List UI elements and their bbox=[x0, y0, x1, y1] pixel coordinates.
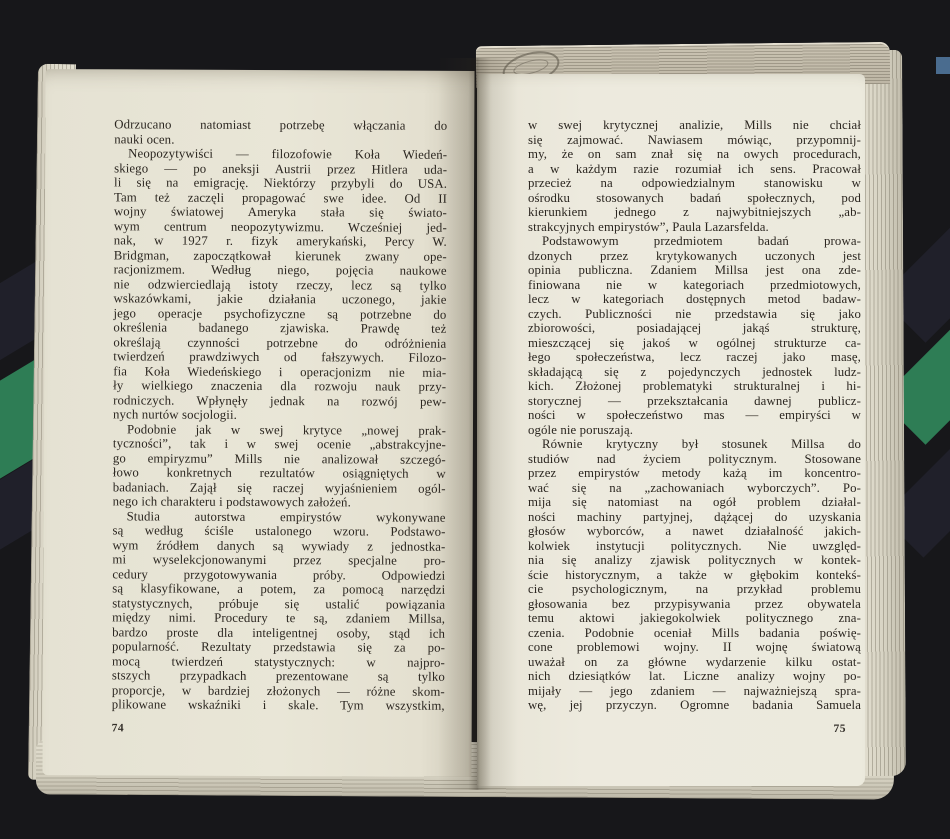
text-line: kich. Złożonej problematyki strukturalne… bbox=[528, 379, 861, 394]
text-line: bardzo proste dla inteligentnej osoby, s… bbox=[112, 625, 445, 641]
text-line: nauki ocen. bbox=[114, 132, 447, 148]
book-page-left: Odrzucano natomiast potrzebę włączania d… bbox=[42, 69, 474, 777]
text-line: wojny światowej Ameryka stała się świato… bbox=[114, 204, 447, 220]
text-line: uważał on za główne wydarzenie kilku ost… bbox=[528, 655, 861, 670]
text-line: opinia publiczna. Zdaniem Millsa jest on… bbox=[528, 263, 861, 278]
page-text-right: w swej krytycznej analizie, Mills nie ch… bbox=[528, 118, 861, 713]
text-line: głosów wyborców, a nawet działalność jak… bbox=[528, 524, 861, 539]
text-line: ności machiny partyjnej, dążącej do uzys… bbox=[528, 510, 861, 525]
text-line: między nimi. Procedury te są, zdaniem Mi… bbox=[112, 610, 445, 626]
text-line: temu aktowi jakiegokolwiek politycznego … bbox=[528, 611, 861, 626]
text-line: mieszczącej się jakoś w ogólnej struktur… bbox=[528, 336, 861, 351]
text-line: strakcyjnych empirystów”, Paula Lazarsfe… bbox=[528, 220, 861, 235]
text-line: storycznej — przekształcania dawnej publ… bbox=[528, 394, 861, 409]
text-line: statystycznych, próbuje się ustalić powi… bbox=[112, 596, 445, 612]
text-line: mocą twierdzeń statystycznych: w najpro- bbox=[112, 654, 445, 670]
text-line: przecież na odpowiedzialnym stanowisku w bbox=[528, 176, 861, 191]
text-line: lecz w kategoriach dostępnych metod bada… bbox=[528, 292, 861, 307]
page-number-left: 74 bbox=[112, 722, 125, 734]
text-line: mi wyselekcjonowanymi przez specjalne pr… bbox=[112, 552, 445, 568]
text-line: Podobnie jak w swej krytyce „nowej prak- bbox=[113, 422, 446, 438]
text-line: czenia. Podobnie oceniał Mills badania p… bbox=[528, 626, 861, 641]
text-line: nych nurtów socjologii. bbox=[113, 407, 446, 423]
text-line: Podstawowym przedmiotem badań prowa- bbox=[528, 234, 861, 249]
text-line: cedury przygotowywania próby. Odpowiedzi bbox=[112, 567, 445, 583]
text-line: Równie krytyczny był stosunek Millsa do bbox=[528, 437, 861, 452]
paragraph: Podobnie jak w swej krytyce „nowej prak-… bbox=[113, 422, 446, 510]
text-line: plikowane wskaźniki i skale. Tym wszystk… bbox=[112, 697, 445, 713]
text-line: Bridgman, zapoczątkował kierunek zwany o… bbox=[114, 248, 447, 264]
text-line: kolwiek instytucji politycznych. Nie uwz… bbox=[528, 539, 861, 554]
paragraph: Odrzucano natomiast potrzebę włączania d… bbox=[114, 117, 447, 147]
text-line: są klasyfikowane, a potem, za pomocą nar… bbox=[112, 581, 445, 597]
text-line: Neopozytywiści — filozofowie Koła Wiedeń… bbox=[114, 146, 447, 162]
text-line: wać się na „zachowaniach wyborczych”. Po… bbox=[528, 481, 861, 496]
text-line: nich dziesiątków lat. Liczne analizy woj… bbox=[528, 669, 861, 684]
text-line: kierunkiem jednego z najwybitniejszych „… bbox=[528, 205, 861, 220]
text-line: Odrzucano natomiast potrzebę włączania d… bbox=[114, 117, 447, 133]
text-line: ośrodku stosowanych badań społecznych, p… bbox=[528, 191, 861, 206]
text-line: popularność. Rezultaty przedstawia się z… bbox=[112, 639, 445, 655]
text-line: finiowana nie w kategoriach przedmiotowy… bbox=[528, 278, 861, 293]
paragraph: Neopozytywiści — filozofowie Koła Wiedeń… bbox=[113, 146, 447, 423]
text-line: badaniach. Zajął się raczej wyjaśnieniem… bbox=[113, 480, 446, 496]
text-line: ogóle nie poruszają. bbox=[528, 423, 861, 438]
text-line: rodniczych. Wpłynęły jednak na rozwój pe… bbox=[113, 393, 446, 409]
text-line: przez empirystów metody każą im koncentr… bbox=[528, 466, 861, 481]
text-line: określenia badanego zjawiska. Prawdę też bbox=[113, 320, 446, 336]
text-line: dzonych przez krytykowanych uczonych jes… bbox=[528, 249, 861, 264]
text-line: łowo konkretnych rezultatów osiągniętych… bbox=[113, 465, 446, 481]
text-line: mijały — jego zdaniem — najważniejszą sp… bbox=[528, 684, 861, 699]
text-line: cone problemowi wojny. II wojnę światową bbox=[528, 640, 861, 655]
book-photo-scene: Odrzucano natomiast potrzebę włączania d… bbox=[0, 0, 950, 839]
text-line: składającą się z pojedynczych jednostek … bbox=[528, 365, 861, 380]
paragraph: Podstawowym przedmiotem badań prowa-dzon… bbox=[528, 234, 861, 437]
text-line: nie odzwierciedlają istoty rzeczy, lecz … bbox=[114, 277, 447, 293]
text-line: ności w społeczeństwo mas — empiryści w bbox=[528, 408, 861, 423]
paragraph: Równie krytyczny był stosunek Millsa dos… bbox=[528, 437, 861, 713]
text-line: go empiryzmu” Mills nie analizował szcze… bbox=[113, 451, 446, 467]
open-book: Odrzucano natomiast potrzebę włączania d… bbox=[0, 0, 950, 839]
text-line: nak, w 1927 r. fizyk amerykański, Percy … bbox=[114, 233, 447, 249]
page-number-right: 75 bbox=[834, 723, 847, 735]
text-line: racjonizmem. Według niego, pojęcia nauko… bbox=[114, 262, 447, 278]
text-line: studiów nad życiem politycznym. Stosowan… bbox=[528, 452, 861, 467]
paragraph: Studia autorstwa empirystów wykonywanesą… bbox=[112, 509, 446, 713]
page-text-left: Odrzucano natomiast potrzebę włączania d… bbox=[112, 117, 448, 713]
text-line: li się na emigrację. Niektórzy przybyli … bbox=[114, 175, 447, 191]
text-line: nego ich charakteru i podstawowych założ… bbox=[113, 494, 446, 510]
text-line: głosowania bez przypisywania przez obywa… bbox=[528, 597, 861, 612]
text-line: a w każdym razie rozumiał ich sens. Prac… bbox=[528, 162, 861, 177]
text-line: wym źródłem danych są wywiady z jednostk… bbox=[112, 538, 445, 554]
text-line: fia Koła Wiedeńskiego i operacjonizm nie… bbox=[113, 364, 446, 380]
text-line: wskazówkami, jakie działania uczonego, j… bbox=[114, 291, 447, 307]
text-line: zbiorowości, posiadającej jakąś struktur… bbox=[528, 321, 861, 336]
text-line: wym centrum neopozytywizmu. Wcześniej je… bbox=[114, 219, 447, 235]
text-line: cie psychologicznym, na przykład problem… bbox=[528, 582, 861, 597]
text-line: wę, jej przyczyn. Ogromne badania Samuel… bbox=[528, 698, 861, 713]
text-line: łego społeczeństwa, lecz raczej jako mas… bbox=[528, 350, 861, 365]
paragraph: w swej krytycznej analizie, Mills nie ch… bbox=[528, 118, 861, 234]
text-line: jego operacje psychofizyczne są potrzebn… bbox=[113, 306, 446, 322]
text-line: Tam też zaczęli propagować swe idee. Od … bbox=[114, 190, 447, 206]
text-line: stszych przypadkach prezentowane są tylk… bbox=[112, 668, 445, 684]
text-line: Studia autorstwa empirystów wykonywane bbox=[113, 509, 446, 525]
text-line: twierdzeń prawdziwych od fałszywych. Fil… bbox=[113, 349, 446, 365]
text-line: określają czynności potrzebne do odróżni… bbox=[113, 335, 446, 351]
text-line: są według ściśle ustalonego wzoru. Podst… bbox=[112, 523, 445, 539]
text-line: w swej krytycznej analizie, Mills nie ch… bbox=[528, 118, 861, 133]
text-line: ły wielkiego znaczenia dla rozwoju nauk … bbox=[113, 378, 446, 394]
text-line: mija się natomiast na ogół problem dział… bbox=[528, 495, 861, 510]
text-line: ście historycznym, a także w głębokim ko… bbox=[528, 568, 861, 583]
text-line: nia się analizy zjawisk politycznych w k… bbox=[528, 553, 861, 568]
text-line: się zajmować. Nawiasem mówiąc, przypomni… bbox=[528, 133, 861, 148]
text-line: czych. Publiczności nie przedstawia się … bbox=[528, 307, 861, 322]
text-line: my, że on sam znał się na owych procedur… bbox=[528, 147, 861, 162]
book-page-right: w swej krytycznej analizie, Mills nie ch… bbox=[477, 74, 865, 786]
text-line: proporcje, w bardziej złożonych — różne … bbox=[112, 683, 445, 699]
text-line: skiego — po aneksji Austrii przez Hitler… bbox=[114, 161, 447, 177]
text-line: tyczności”, tak i w swej ocenie „abstrak… bbox=[113, 436, 446, 452]
